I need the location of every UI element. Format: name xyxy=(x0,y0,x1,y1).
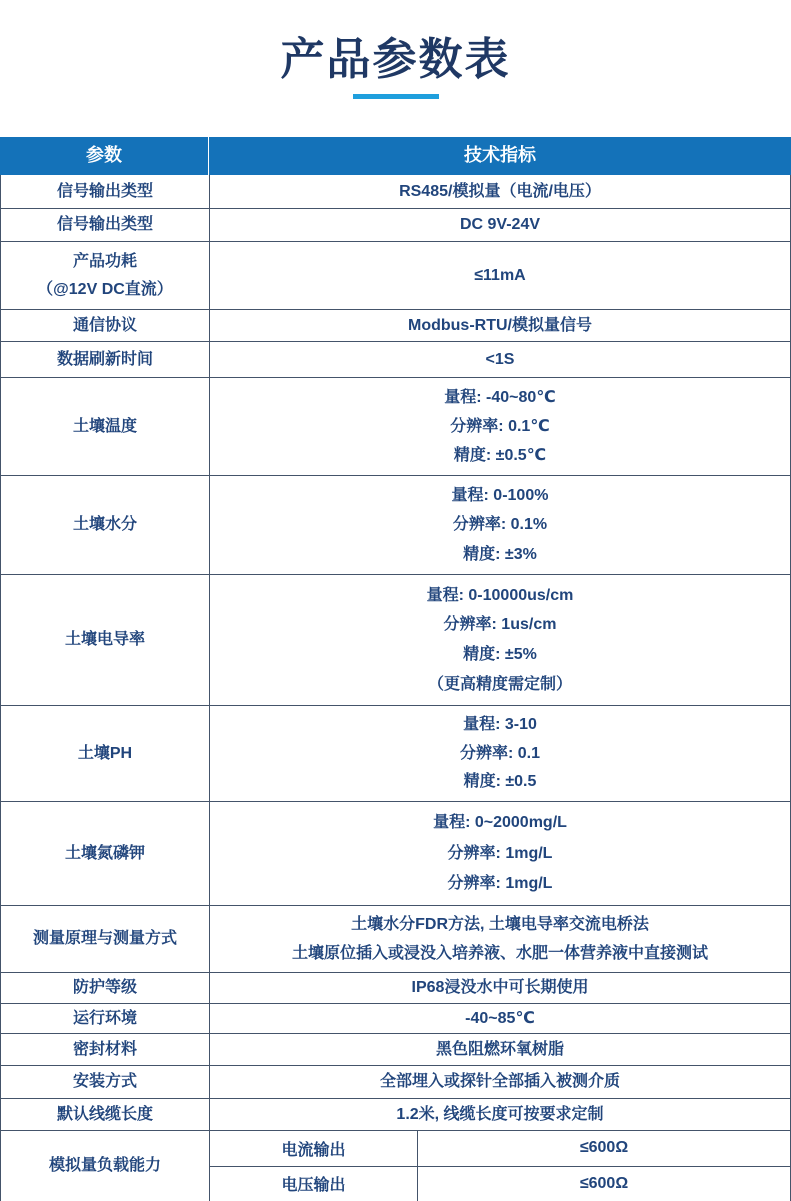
header-spec-cell: 技术指标 xyxy=(209,137,791,175)
table-row: 土壤温度 量程: -40~80℃ 分辨率: 0.1℃ 精度: ±0.5℃ xyxy=(1,378,790,476)
table-body: 信号输出类型 RS485/模拟量（电流/电压） 信号输出类型 DC 9V-24V… xyxy=(0,175,791,1201)
spec-sheet: 产品参数表 参数 技术指标 信号输出类型 RS485/模拟量（电流/电压） 信号… xyxy=(0,0,791,1201)
param-label: 土壤温度 xyxy=(73,417,137,436)
analog-load-split-cell: 电流输出 ≤600Ω 电压输出 ≤600Ω xyxy=(210,1131,790,1201)
param-label: 信号输出类型 xyxy=(57,182,153,201)
spec-cell: 黑色阻燃环氧树脂 xyxy=(210,1034,790,1065)
table-row: 土壤PH 量程: 3-10 分辨率: 0.1 精度: ±0.5 xyxy=(1,706,790,802)
spec-cell: IP68浸没水中可长期使用 xyxy=(210,973,790,1003)
param-cell: 土壤温度 xyxy=(1,378,210,475)
table-row: 土壤水分 量程: 0-100% 分辨率: 0.1% 精度: ±3% xyxy=(1,476,790,575)
table-row: 防护等级 IP68浸没水中可长期使用 xyxy=(1,973,790,1004)
table-row-analog-load: 模拟量负载能力 电流输出 ≤600Ω 电压输出 ≤600Ω xyxy=(1,1131,790,1201)
param-label: 通信协议 xyxy=(73,316,137,335)
spec-cell: DC 9V-24V xyxy=(210,209,790,241)
spec-cell: 土壤水分FDR方法, 土壤电导率交流电桥法 土壤原位插入或浸没入培养液、水肥一体… xyxy=(210,906,790,972)
header-param-label: 参数 xyxy=(86,145,122,167)
param-cell: 数据刷新时间 xyxy=(1,342,210,377)
spec-value: 黑色阻燃环氧树脂 xyxy=(436,1040,564,1059)
spec-value: 精度: ±0.5 xyxy=(464,772,537,791)
param-label: 土壤PH xyxy=(78,744,132,763)
table-row: 土壤电导率 量程: 0-10000us/cm 分辨率: 1us/cm 精度: ±… xyxy=(1,575,790,706)
param-label: 信号输出类型 xyxy=(57,215,153,234)
spec-cell: 量程: 0-100% 分辨率: 0.1% 精度: ±3% xyxy=(210,476,790,574)
param-cell: 模拟量负载能力 xyxy=(1,1131,210,1201)
header-param-cell: 参数 xyxy=(0,137,209,175)
spec-table: 参数 技术指标 信号输出类型 RS485/模拟量（电流/电压） 信号输出类型 D… xyxy=(0,137,791,1201)
spec-value: 分辨率: 1mg/L xyxy=(448,844,553,863)
param-label-line2: （@12V DC直流） xyxy=(37,280,173,299)
param-label: 默认线缆长度 xyxy=(57,1105,153,1124)
spec-value: 量程: 0-10000us/cm xyxy=(427,586,574,605)
table-row: 密封材料 黑色阻燃环氧树脂 xyxy=(1,1034,790,1066)
spec-value: -40~85℃ xyxy=(465,1009,535,1028)
spec-value: 土壤水分FDR方法, 土壤电导率交流电桥法 xyxy=(351,915,649,934)
param-label: 产品功耗 xyxy=(73,252,137,271)
param-label: 测量原理与测量方式 xyxy=(33,929,177,948)
spec-cell: 量程: -40~80℃ 分辨率: 0.1℃ 精度: ±0.5℃ xyxy=(210,378,790,475)
spec-value: 精度: ±5% xyxy=(463,645,537,664)
param-cell: 防护等级 xyxy=(1,973,210,1003)
table-row: 数据刷新时间 <1S xyxy=(1,342,790,378)
table-row: 通信协议 Modbus-RTU/模拟量信号 xyxy=(1,310,790,342)
param-cell: 运行环境 xyxy=(1,1004,210,1033)
spec-cell: ≤11mA xyxy=(210,242,790,309)
spec-cell: 量程: 0~2000mg/L 分辨率: 1mg/L 分辨率: 1mg/L xyxy=(210,802,790,905)
spec-value: 分辨率: 1us/cm xyxy=(444,615,557,634)
param-cell: 土壤氮磷钾 xyxy=(1,802,210,905)
param-label: 防护等级 xyxy=(73,978,137,997)
spec-value: <1S xyxy=(486,350,515,369)
analog-load-sub-row: 电流输出 ≤600Ω xyxy=(210,1131,790,1166)
param-cell: 密封材料 xyxy=(1,1034,210,1065)
sub-row-value: ≤600Ω xyxy=(418,1167,790,1201)
spec-value: 精度: ±0.5℃ xyxy=(454,446,546,465)
spec-value: DC 9V-24V xyxy=(460,215,540,234)
param-label: 土壤电导率 xyxy=(65,630,145,649)
table-row: 土壤氮磷钾 量程: 0~2000mg/L 分辨率: 1mg/L 分辨率: 1mg… xyxy=(1,802,790,906)
param-label: 运行环境 xyxy=(73,1009,137,1028)
spec-cell: 量程: 0-10000us/cm 分辨率: 1us/cm 精度: ±5% （更高… xyxy=(210,575,790,705)
param-cell: 信号输出类型 xyxy=(1,209,210,241)
spec-cell: 全部埋入或探针全部插入被测介质 xyxy=(210,1066,790,1098)
spec-cell: -40~85℃ xyxy=(210,1004,790,1033)
param-cell: 土壤电导率 xyxy=(1,575,210,705)
spec-cell: Modbus-RTU/模拟量信号 xyxy=(210,310,790,341)
param-label: 土壤水分 xyxy=(73,515,137,534)
spec-value: 量程: 0~2000mg/L xyxy=(433,813,567,832)
spec-cell: 量程: 3-10 分辨率: 0.1 精度: ±0.5 xyxy=(210,706,790,801)
spec-value: 1.2米, 线缆长度可按要求定制 xyxy=(396,1105,603,1124)
table-row: 安装方式 全部埋入或探针全部插入被测介质 xyxy=(1,1066,790,1099)
spec-value: 量程: 0-100% xyxy=(452,486,549,505)
param-cell: 通信协议 xyxy=(1,310,210,341)
spec-value: 精度: ±3% xyxy=(463,545,537,564)
param-label: 密封材料 xyxy=(73,1040,137,1059)
spec-value: RS485/模拟量（电流/电压） xyxy=(399,182,601,201)
spec-value: 分辨率: 0.1% xyxy=(453,515,547,534)
spec-value: 分辨率: 0.1℃ xyxy=(450,417,549,436)
table-row: 默认线缆长度 1.2米, 线缆长度可按要求定制 xyxy=(1,1099,790,1131)
sub-row-name: 电流输出 xyxy=(210,1131,418,1166)
spec-value: 量程: -40~80℃ xyxy=(444,388,555,407)
title-block: 产品参数表 xyxy=(0,0,791,137)
param-cell: 产品功耗 （@12V DC直流） xyxy=(1,242,210,309)
spec-cell: 1.2米, 线缆长度可按要求定制 xyxy=(210,1099,790,1130)
spec-value: Modbus-RTU/模拟量信号 xyxy=(408,316,592,335)
spec-value: 分辨率: 0.1 xyxy=(460,744,540,763)
param-cell: 默认线缆长度 xyxy=(1,1099,210,1130)
table-row: 产品功耗 （@12V DC直流） ≤11mA xyxy=(1,242,790,310)
param-label: 安装方式 xyxy=(73,1072,137,1091)
param-label: 模拟量负载能力 xyxy=(49,1156,161,1175)
spec-value: 量程: 3-10 xyxy=(463,715,537,734)
title-underline xyxy=(353,94,439,99)
table-row: 运行环境 -40~85℃ xyxy=(1,1004,790,1034)
header-spec-label: 技术指标 xyxy=(464,145,536,167)
table-row: 测量原理与测量方式 土壤水分FDR方法, 土壤电导率交流电桥法 土壤原位插入或浸… xyxy=(1,906,790,973)
sub-row-value: ≤600Ω xyxy=(418,1131,790,1166)
param-cell: 土壤PH xyxy=(1,706,210,801)
param-cell: 安装方式 xyxy=(1,1066,210,1098)
param-cell: 测量原理与测量方式 xyxy=(1,906,210,972)
table-row: 信号输出类型 RS485/模拟量（电流/电压） xyxy=(1,175,790,209)
table-header-row: 参数 技术指标 xyxy=(0,137,791,175)
spec-value: （更高精度需定制） xyxy=(428,675,572,694)
spec-value: IP68浸没水中可长期使用 xyxy=(412,978,589,997)
spec-value: 分辨率: 1mg/L xyxy=(448,874,553,893)
param-label: 土壤氮磷钾 xyxy=(65,844,145,863)
param-cell: 土壤水分 xyxy=(1,476,210,574)
param-label: 数据刷新时间 xyxy=(57,350,153,369)
spec-cell: RS485/模拟量（电流/电压） xyxy=(210,175,790,208)
spec-cell: <1S xyxy=(210,342,790,377)
spec-value: 全部埋入或探针全部插入被测介质 xyxy=(380,1072,620,1091)
page-title: 产品参数表 xyxy=(281,36,511,84)
spec-value: 土壤原位插入或浸没入培养液、水肥一体营养液中直接测试 xyxy=(292,944,708,963)
spec-value: ≤11mA xyxy=(474,266,525,285)
table-row: 信号输出类型 DC 9V-24V xyxy=(1,209,790,242)
sub-row-name: 电压输出 xyxy=(210,1167,418,1201)
analog-load-sub-row: 电压输出 ≤600Ω xyxy=(210,1166,790,1201)
param-cell: 信号输出类型 xyxy=(1,175,210,208)
